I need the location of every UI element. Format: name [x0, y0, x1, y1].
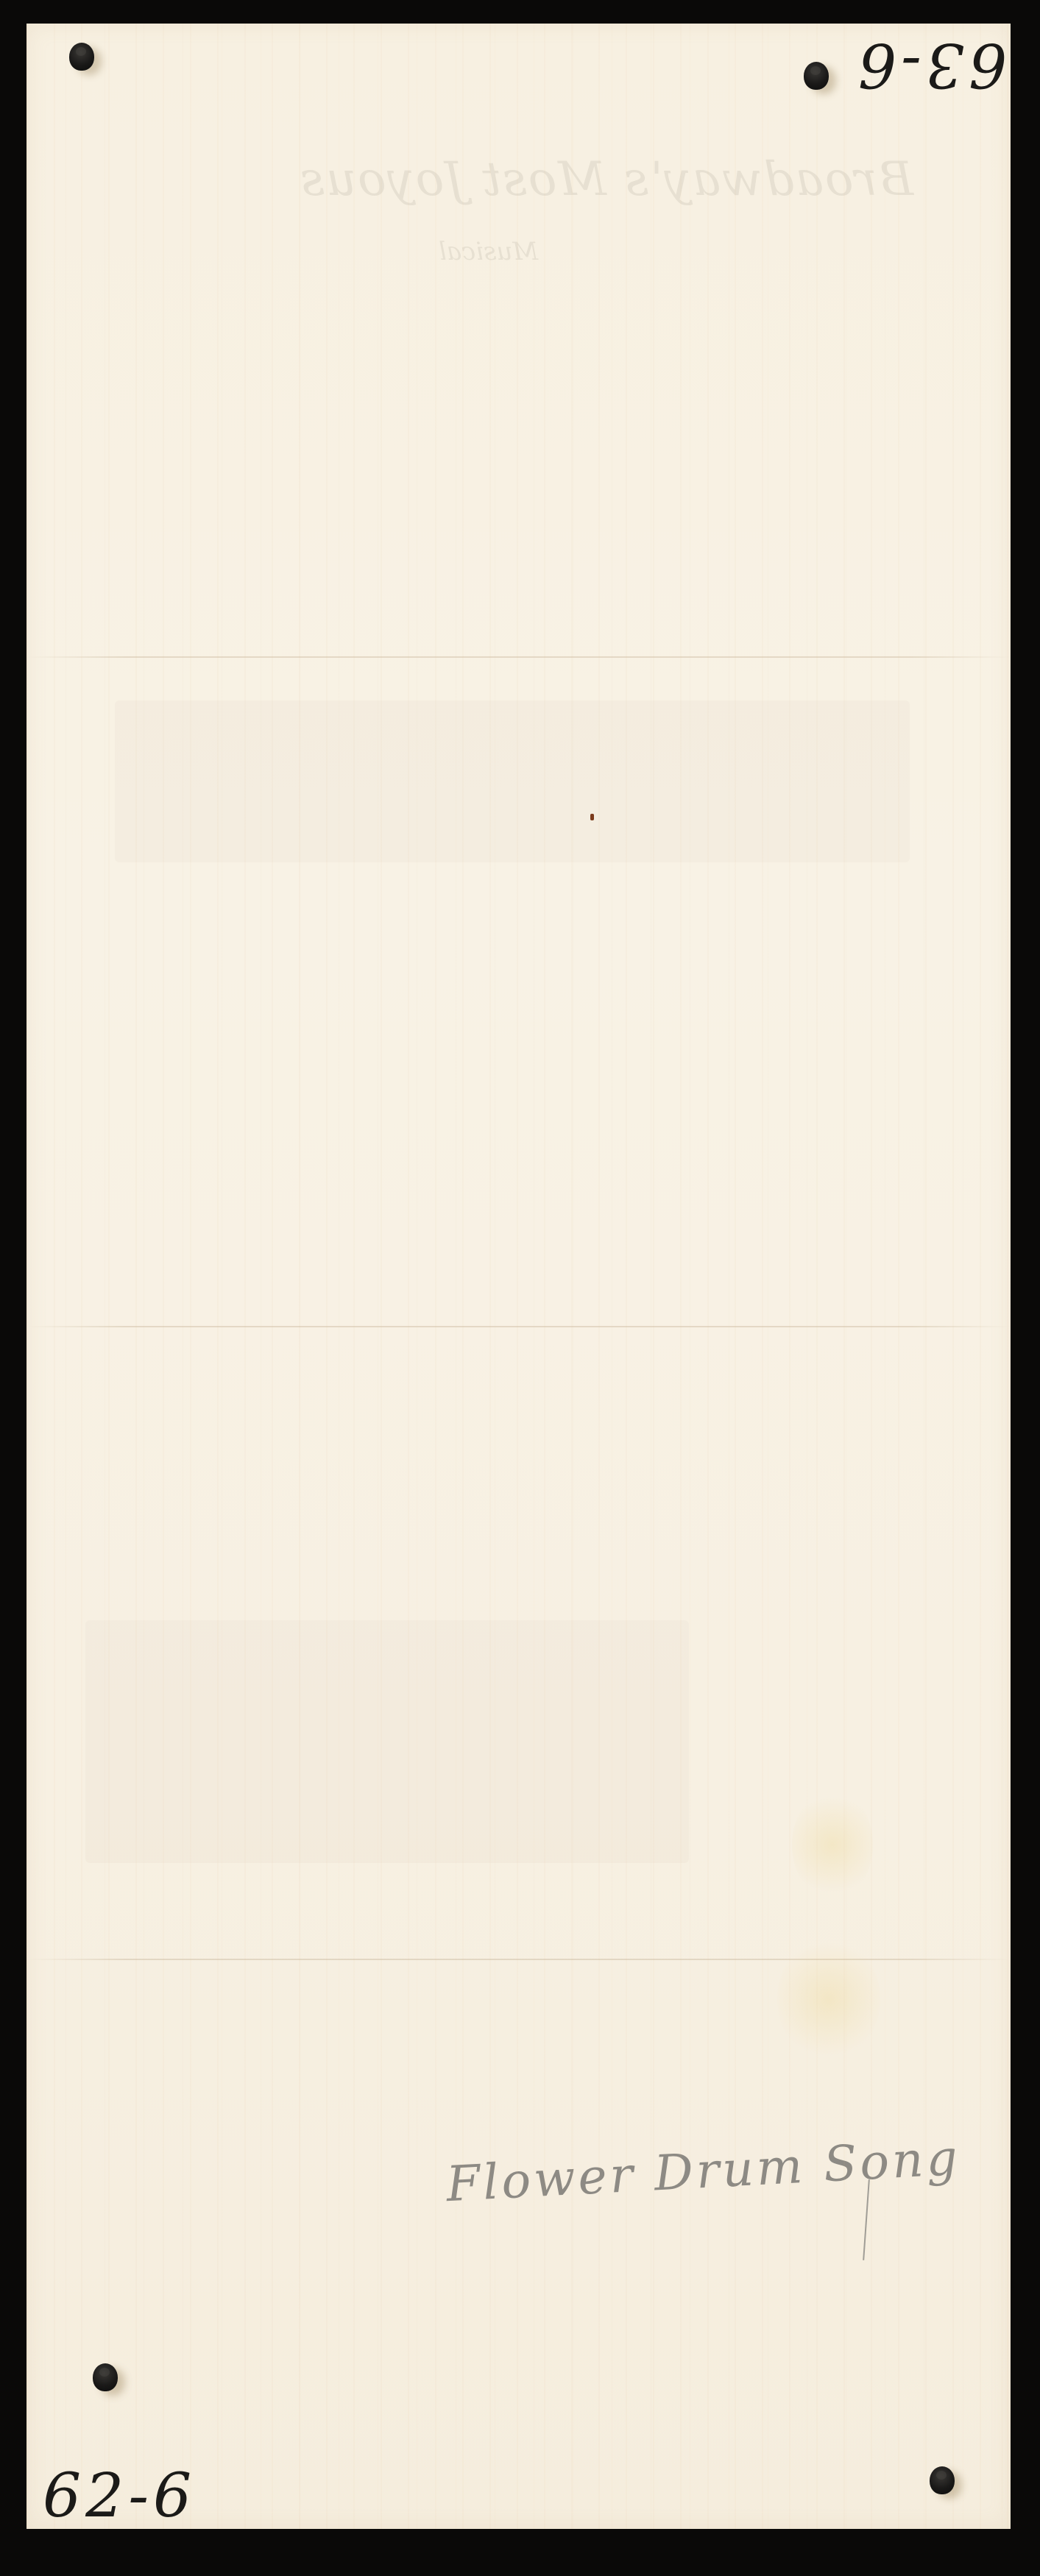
center-speck	[590, 814, 594, 820]
inventory-number-bottom: 62-6	[43, 2461, 196, 2531]
show-through-subtitle: Musical	[439, 237, 538, 266]
fold-line	[26, 656, 1011, 658]
show-through-block	[115, 700, 910, 862]
yellow-stain	[777, 1937, 880, 2062]
poster-back-paper: Broadway's Most Joyous Musical Flower Dr…	[26, 24, 1011, 2529]
mounting-pin-icon	[69, 43, 94, 71]
pencil-title-note: Flower Drum Song	[445, 2129, 961, 2213]
show-through-title: Broadway's Most Joyous	[299, 152, 913, 207]
pencil-stroke	[863, 2179, 870, 2260]
mounting-pin-icon	[804, 62, 829, 90]
yellow-stain	[792, 1789, 873, 1900]
show-through-block	[85, 1620, 689, 1863]
photo-stage: Broadway's Most Joyous Musical Flower Dr…	[0, 0, 1040, 2576]
inventory-number-top: 63-6	[854, 29, 1007, 99]
mounting-pin-icon	[930, 2466, 955, 2494]
fold-line	[26, 1326, 1011, 1327]
mounting-pin-icon	[93, 2363, 118, 2391]
